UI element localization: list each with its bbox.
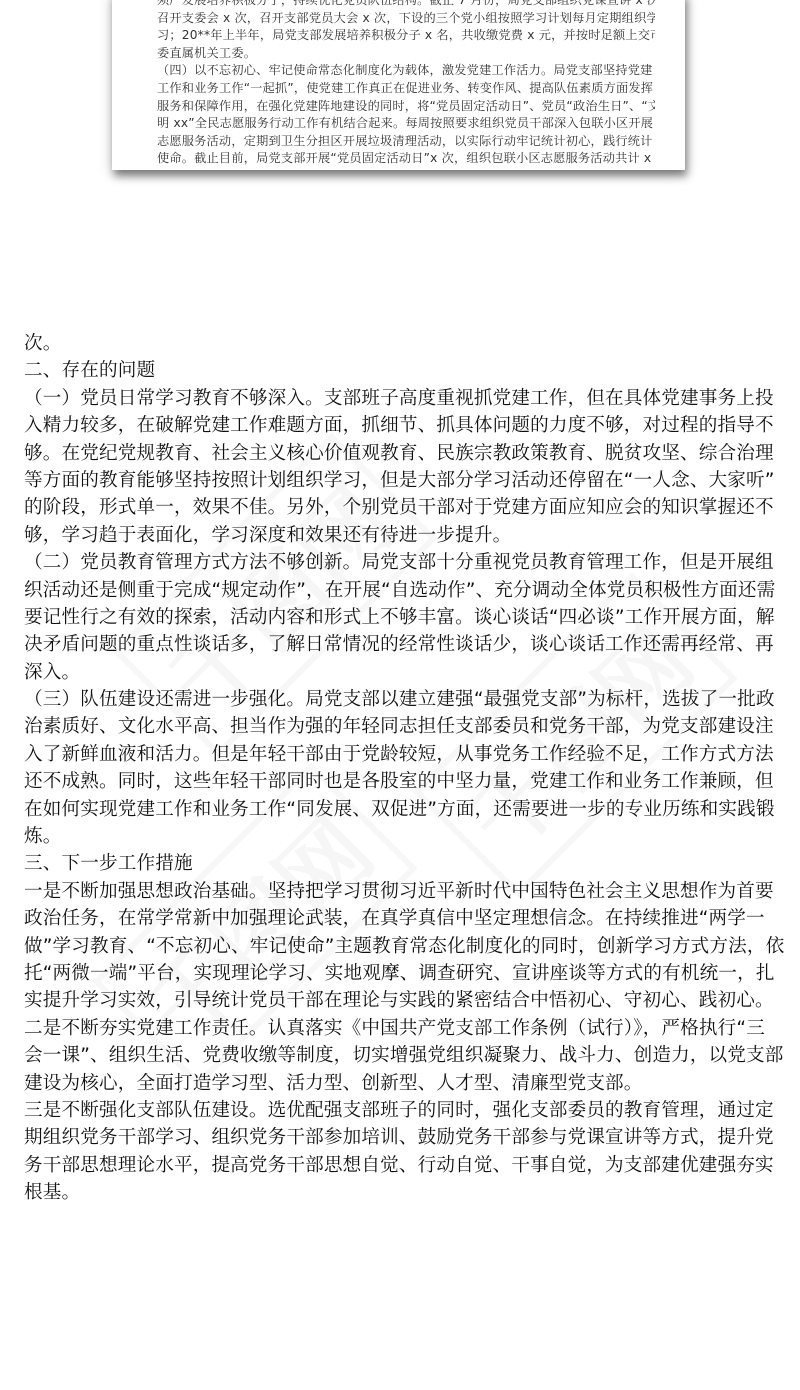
text-line: 够。在党纪党规教育、社会主义核心价值观教育、民族宗教政策教育、脱贫攻坚、综合治理 [24,440,784,467]
preview-line: 委直属机关工委。 [157,45,655,63]
preview-line: 习；20**年上半年，局党支部发展培养积极分子 x 名，共收缴党费 x 元，并按… [157,27,655,45]
text-line: 要记性行之有效的探索，活动内容和形式上不够丰富。谈心谈话“四必谈”工作开展方面，… [24,604,784,631]
paragraph-tail: 次。 [24,330,784,357]
text-line: 三是不断强化支部队伍建设。选优配强支部班子的同时，强化支部委员的教育管理，通过定 [24,1097,784,1124]
text-line: 实提升学习实效，引导统计党员干部在理论与实践的紧密结合中悟初心、守初心、践初心。 [24,987,784,1014]
text-line: 二是不断夯实党建工作责任。认真落实《中国共产党支部工作条例（试行）》，严格执行“… [24,1015,784,1042]
document-body: 次。 二、存在的问题 （一）党员日常学习教育不够深入。支部班子高度重视抓党建工作… [24,330,784,1207]
section-heading-next-steps: 三、下一步工作措施 [24,850,784,877]
text-line: 入了新鲜血液和活力。但是年轻干部由于党龄较短，从事党务工作经验不足，工作方式方法 [24,741,784,768]
text-line: （一）党员日常学习教育不够深入。支部班子高度重视抓党建工作，但在具体党建事务上投 [24,385,784,412]
text-line: （二）党员教育管理方式方法不够创新。局党支部十分重视党员教育管理工作，但是开展组 [24,549,784,576]
preview-line: 召开支委会 x 次，召开支部党员大会 x 次，下设的三个党小组按照学习计划每月定… [157,10,655,28]
text-line: 期组织党务干部学习、组织党务干部参加培训、鼓励党务干部参与党课宣讲等方式，提升党 [24,1124,784,1151]
document-page-preview: 须广发展培养积极分子，持续优化党员队伍结构。截止 7 月份，局党支部组织党课宣讲… [112,0,685,170]
preview-line: 明 xx”全民志愿服务行动工作有机结合起来。每周按照要求组织党员干部深入包联小区… [157,115,655,133]
text-line: 治素质好、文化水平高、担当作为强的年轻同志担任支部委员和党务干部，为党支部建设注 [24,713,784,740]
page-preview-text: 须广发展培养积极分子，持续优化党员队伍结构。截止 7 月份，局党支部组织党课宣讲… [157,0,655,168]
text-line: 政治任务，在常学常新中加强理论武装，在真学真信中坚定理想信念。在持续推进“两学一 [24,905,784,932]
text-line: 务干部思想理论水平，提高党务干部思想自觉、行动自觉、干事自觉，为支部建优建强夯实 [24,1152,784,1179]
text-line: 根基。 [24,1179,784,1206]
text-line: 建设为核心，全面打造学习型、活力型、创新型、人才型、清廉型党支部。 [24,1070,784,1097]
preview-line: 工作和业务工作“一起抓”，使党建工作真正在促进业务、转变作风、提高队伍素质方面发… [157,80,655,98]
text-line: 会一课”、组织生活、党费收缴等制度，切实增强党组织凝聚力、战斗力、创造力，以党支… [24,1042,784,1069]
text-line: 的阶段，形式单一，效果不佳。另外，个别党员干部对于党建方面应知应会的知识掌握还不 [24,494,784,521]
section-heading-problems: 二、存在的问题 [24,357,784,384]
text-line: 做”学习教育、“不忘初心、牢记使命”主题教育常态化制度化的同时，创新学习方式方法… [24,933,784,960]
text-line: 入精力较多，在破解党建工作难题方面，抓细节、抓具体问题的力度不够，对过程的指导不 [24,412,784,439]
preview-line: 须广发展培养积极分子，持续优化党员队伍结构。截止 7 月份，局党支部组织党课宣讲… [157,0,655,10]
text-line: 够，学习趋于表面化，学习深度和效果还有待进一步提升。 [24,522,784,549]
text-line: 托“两微一端”平台，实现理论学习、实地观摩、调查研究、宣讲座谈等方式的有机统一，… [24,960,784,987]
text-line: 还不成熟。同时，这些年轻干部同时也是各股室的中坚力量，党建工作和业务工作兼顾，但 [24,768,784,795]
text-line: 炼。 [24,823,784,850]
preview-line: （四）以不忘初心、牢记使命常态化制度化为载体，激发党建工作活力。局党支部坚持党建 [157,62,655,80]
preview-line: 服务和保障作用，在强化党建阵地建设的同时，将“党员固定活动日”、党员“政治生日”… [157,98,655,116]
text-line: 在如何实现党建工作和业务工作“同发展、双促进”方面，还需要进一步的专业历练和实践… [24,796,784,823]
text-line: 决矛盾问题的重点性谈话多，了解日常情况的经常性谈话少，谈心谈话工作还需再经常、再 [24,631,784,658]
preview-line: 志愿服务活动，定期到卫生分担区开展垃圾清理活动，以实际行动牢记统计初心，践行统计 [157,133,655,151]
text-line: 等方面的教育能够坚持按照计划组织学习，但是大部分学习活动还停留在“一人念、大家听… [24,467,784,494]
text-line: 织活动还是侧重于完成“规定动作”，在开展“自选动作”、充分调动全体党员积极性方面… [24,577,784,604]
preview-line: 使命。截止目前，局党支部开展“党员固定活动日”x 次，组织包联小区志愿服务活动共… [157,150,655,168]
text-line: 深入。 [24,659,784,686]
text-line: （三）队伍建设还需进一步强化。局党支部以建立建强“最强党支部”为标杆，选拔了一批… [24,686,784,713]
text-line: 一是不断加强思想政治基础。坚持把学习贯彻习近平新时代中国特色社会主义思想作为首要 [24,878,784,905]
